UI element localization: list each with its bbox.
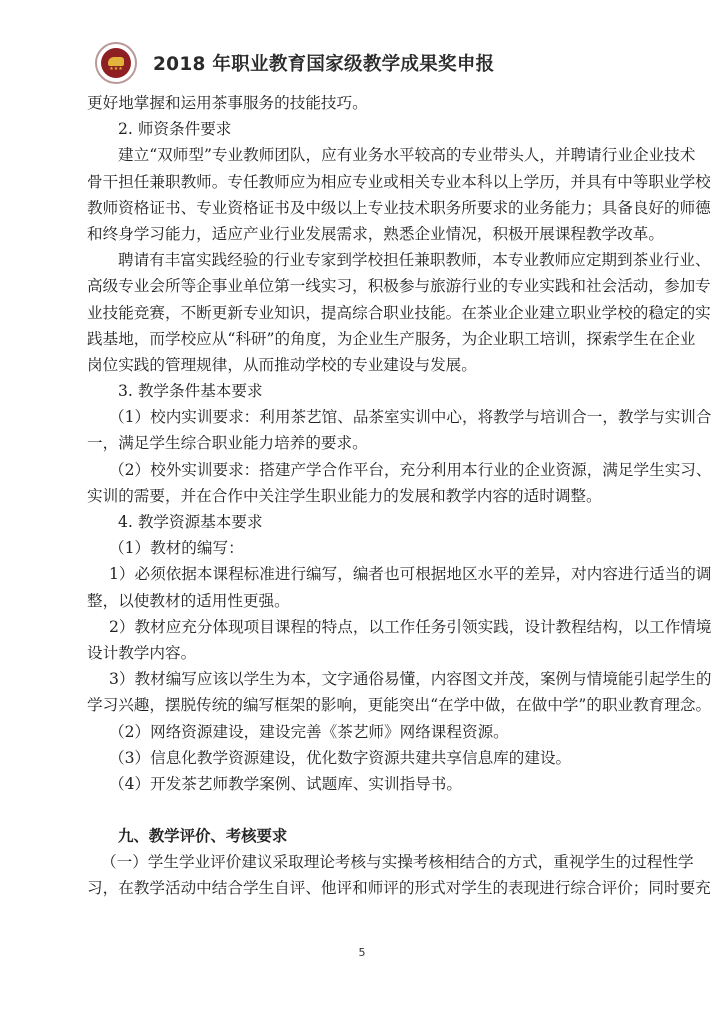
page-header: ★★★ 2018 年职业教育国家级教学成果奖申报	[95, 40, 494, 86]
horse-emblem-icon	[108, 57, 124, 66]
document-header-title: 2018 年职业教育国家级教学成果奖申报	[153, 50, 494, 76]
section-heading: 九、教学评价、考核要求	[87, 823, 673, 849]
page-number: 5	[0, 946, 724, 959]
paragraph-line: 骨干担任兼职教师。专任教师应为相应专业或相关专业本科以上学历，并具有中等职业学校	[87, 169, 673, 195]
paragraph-line: 践基地，而学校应从“科研”的角度，为企业生产服务，为企业职工培训，探索学生在企业	[87, 326, 673, 352]
paragraph-line: （一）学生学业评价建议采取理论考核与实操考核相结合的方式，重视学生的过程性学	[87, 849, 673, 875]
paragraph-line: 和终身学习能力，适应产业行业发展需求，熟悉企业情况，积极开展课程教学改革。	[87, 221, 673, 247]
paragraph-line: 岗位实践的管理规律，从而推动学校的专业建设与发展。	[87, 352, 673, 378]
paragraph-line: 习，在教学活动中结合学生自评、他评和师评的形式对学生的表现进行综合评价；同时要充	[87, 875, 673, 901]
paragraph-line: （1）校内实训要求：利用茶艺馆、品茶室实训中心，将教学与培训合一，教学与实训合	[87, 404, 673, 430]
paragraph-line: 聘请有丰富实践经验的行业专家到学校担任兼职教师，本专业教师应定期到茶业行业、	[87, 247, 673, 273]
paragraph-line: 设计教学内容。	[87, 640, 673, 666]
paragraph-line: 业技能竞赛，不断更新专业知识，提高综合职业技能。在茶业企业建立职业学校的稳定的实	[87, 300, 673, 326]
paragraph-line: 实训的需要，并在合作中关注学生职业能力的发展和教学内容的适时调整。	[87, 483, 673, 509]
paragraph-line: 一，满足学生综合职业能力培养的要求。	[87, 430, 673, 456]
paragraph-line: 1）必须依据本课程标准进行编写，编者也可根据地区水平的差异，对内容进行适当的调	[87, 561, 673, 587]
paragraph-line: 整，以使教材的适用性更强。	[87, 588, 673, 614]
school-emblem-icon: ★★★	[95, 42, 137, 84]
list-item: （3）信息化教学资源建设，优化数字资源共建共享信息库的建设。	[87, 745, 673, 771]
subsection-heading-teaching-conditions: 3. 教学条件基本要求	[87, 378, 673, 404]
paragraph-line: 3）教材编写应该以学生为本，文字通俗易懂，内容图文并茂，案例与情境能引起学生的	[87, 666, 673, 692]
list-item: （2）网络资源建设，建设完善《茶艺师》网络课程资源。	[87, 719, 673, 745]
paragraph-line: 建立“双师型”专业教师团队，应有业务水平较高的专业带头人，并聘请行业企业技术	[87, 142, 673, 168]
paragraph-line: （2）校外实训要求：搭建产学合作平台，充分利用本行业的企业资源，满足学生实习、	[87, 457, 673, 483]
list-item: （4）开发茶艺师教学案例、试题库、实训指导书。	[87, 771, 673, 797]
document-body: 更好地掌握和运用茶事服务的技能技巧。 2. 师资条件要求 建立“双师型”专业教师…	[87, 90, 673, 902]
stars-icon: ★★★	[109, 66, 122, 72]
subsection-heading-teacher-requirements: 2. 师资条件要求	[87, 116, 673, 142]
paragraph-line: 教师资格证书、专业资格证书及中级以上专业技术职务所要求的业务能力；具备良好的师德	[87, 195, 673, 221]
paragraph-line: 更好地掌握和运用茶事服务的技能技巧。	[87, 90, 673, 116]
paragraph-line: 2）教材应充分体现项目课程的特点，以工作任务引领实践，设计教程结构，以工作情境	[87, 614, 673, 640]
list-item-heading: （1）教材的编写：	[87, 535, 673, 561]
spacer	[87, 797, 673, 823]
subsection-heading-teaching-resources: 4. 教学资源基本要求	[87, 509, 673, 535]
paragraph-line: 学习兴趣，摆脱传统的编写框架的影响，更能突出“在学中做，在做中学”的职业教育理念…	[87, 692, 673, 718]
paragraph-line: 高级专业会所等企事业单位第一线实习，积极参与旅游行业的专业实践和社会活动，参加专	[87, 273, 673, 299]
